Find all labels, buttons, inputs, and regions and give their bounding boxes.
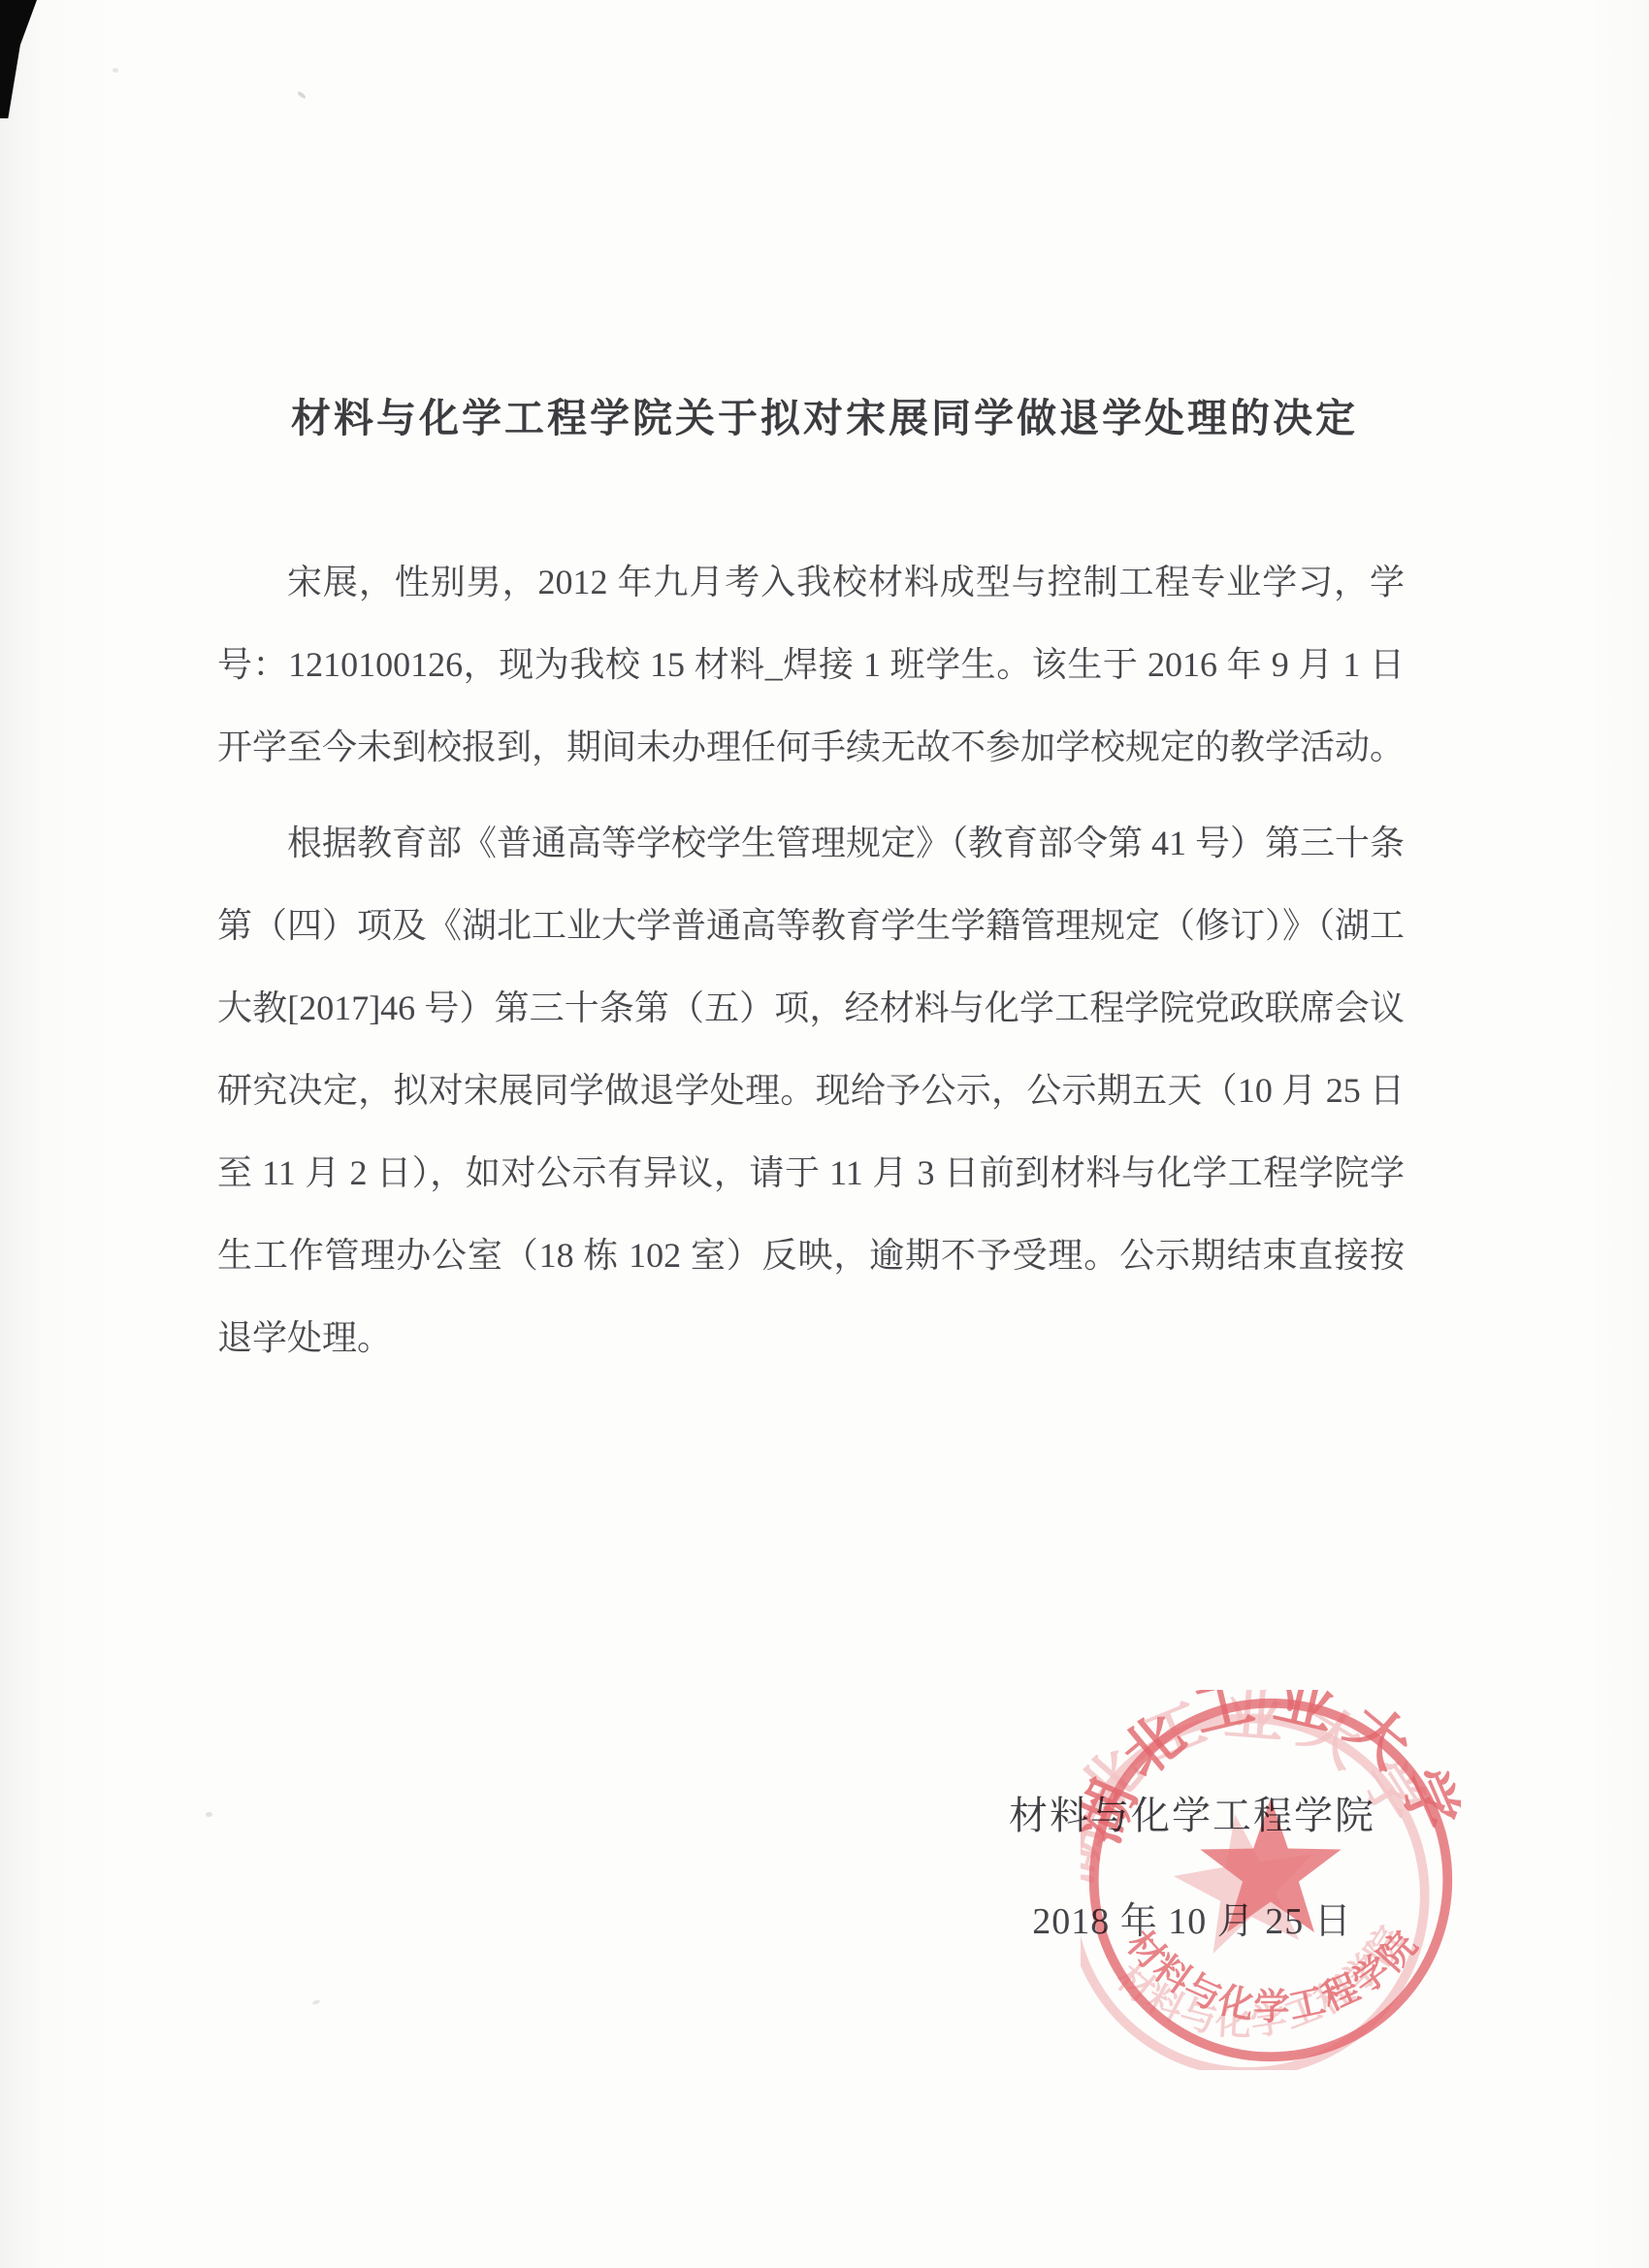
document-title: 材料与化学工程学院关于拟对宋展同学做退学处理的决定 xyxy=(0,386,1649,443)
scanned-document-page: 材料与化学工程学院关于拟对宋展同学做退学处理的决定 宋展，性别男，2012 年九… xyxy=(0,0,1649,2268)
scan-corner-artifact xyxy=(0,0,37,118)
scan-speck xyxy=(297,90,307,99)
signature-department: 材料与化学工程学院 xyxy=(1009,1785,1375,1840)
paragraph-student-info: 宋展，性别男，2012 年九月考入我校材料成型与控制工程专业学习，学号：1210… xyxy=(217,541,1405,789)
signature-block: 材料与化学工程学院 2018 年 10 月 25 日 xyxy=(1009,1785,1375,1944)
signature-date: 2018 年 10 月 25 日 xyxy=(1009,1891,1375,1944)
scan-speck xyxy=(206,1812,212,1817)
scan-speck xyxy=(312,1999,321,2005)
document-body: 宋展，性别男，2012 年九月考入我校材料成型与控制工程专业学习，学号：1210… xyxy=(217,541,1405,1393)
scan-speck xyxy=(113,68,118,73)
paragraph-decision-basis: 根据教育部《普通高等学校学生管理规定》（教育部令第 41 号）第三十条第（四）项… xyxy=(217,802,1405,1379)
